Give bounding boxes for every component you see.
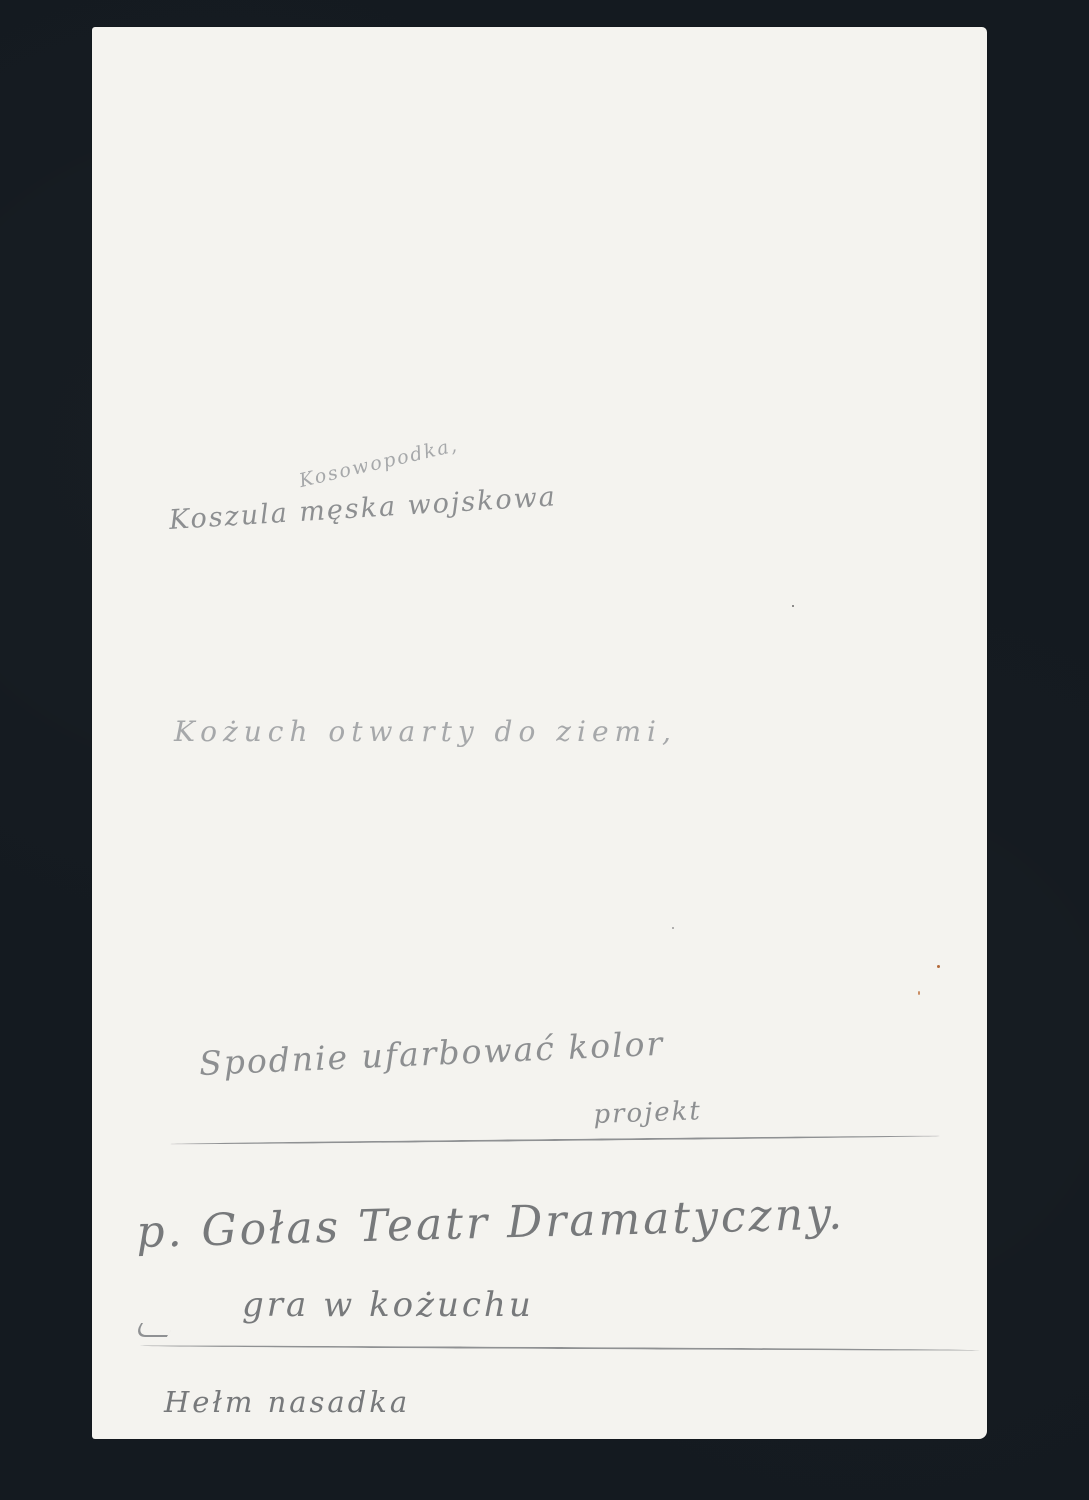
annotation-actor-continued: gra w kożuchu [242,1285,534,1325]
annotation-footer: Hełm nasadka [164,1385,410,1419]
photo-back-card: Kosowороdka, Koszula męska wojskowa Kożu… [92,27,987,1439]
paper-speck [918,991,920,995]
pencil-stroke-mark [133,1323,175,1337]
annotation-coat: Kożuch otwarty do ziemi, [174,715,677,748]
annotation-trousers-continued: projekt [593,1096,702,1130]
underline-divider-2 [140,1345,980,1351]
underline-divider-1 [170,1135,940,1145]
paper-speck [672,927,674,929]
annotation-trousers: Spodnie ufarbować kolor [198,1024,665,1083]
paper-speck [792,605,794,607]
annotation-shirt: Koszula męska wojskowa [168,481,558,536]
annotation-actor: p. Gołas Teatr Dramatyczny. [136,1188,846,1258]
paper-speck [937,965,940,968]
annotation-shirt-insert: Kosowороdka, [297,434,460,492]
